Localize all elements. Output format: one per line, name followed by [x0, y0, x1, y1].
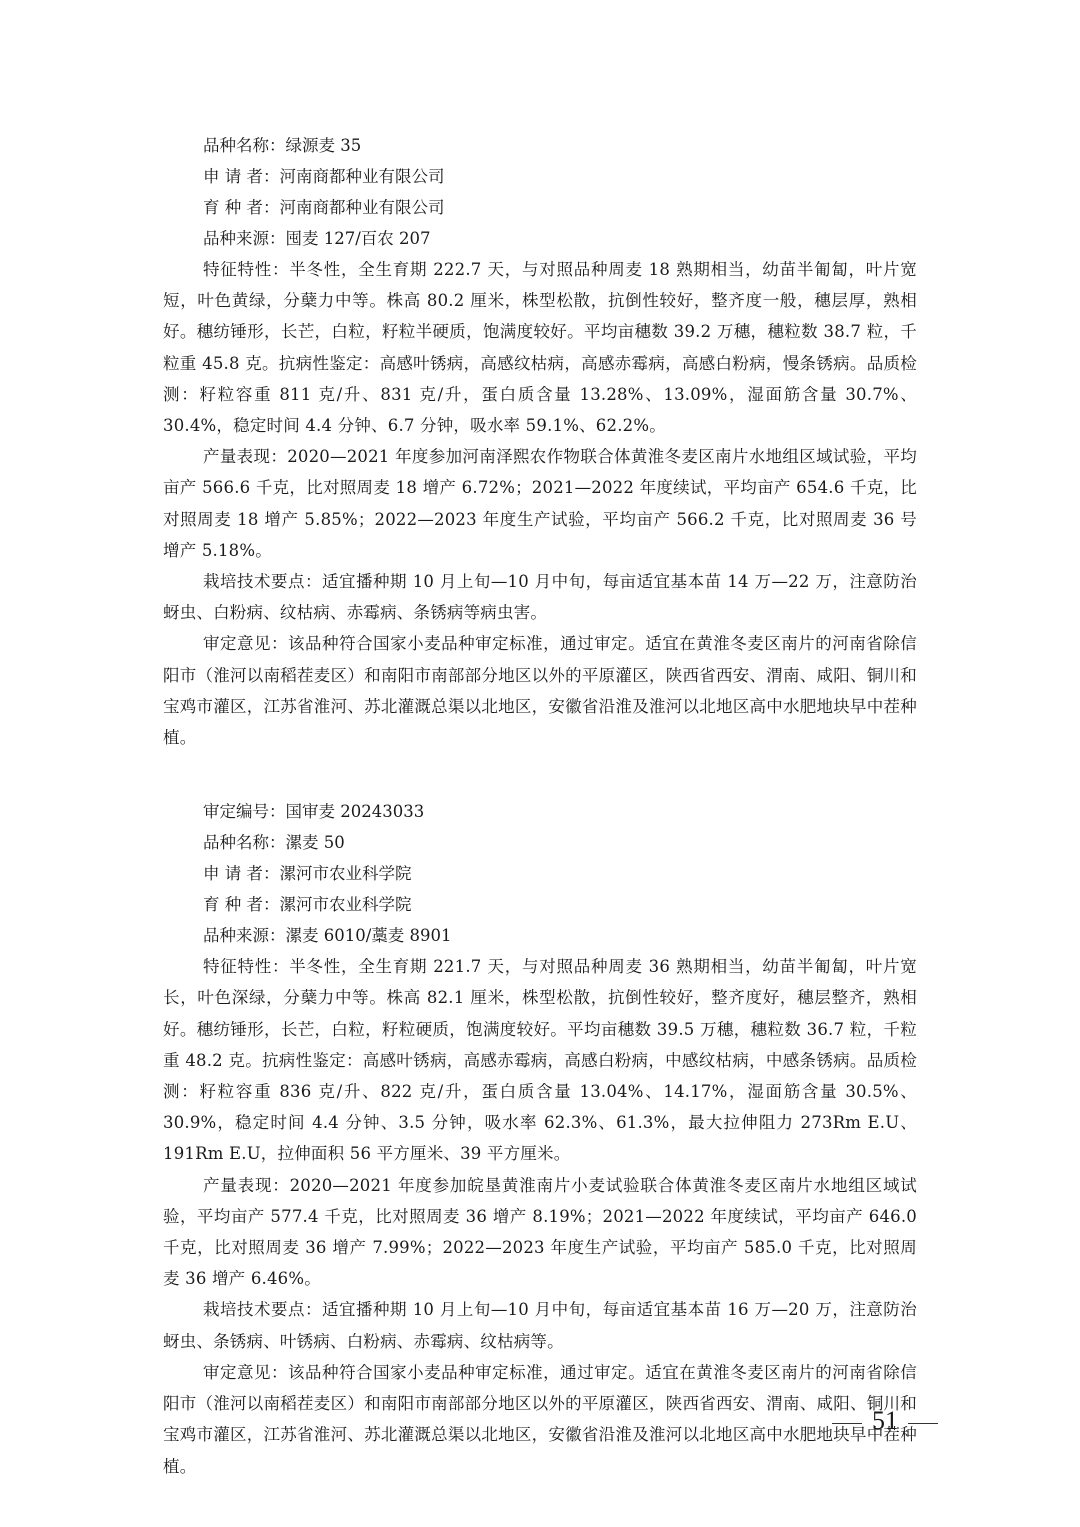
document-page: 品种名称：绿源麦 35 申 请 者：河南商都种业有限公司 育 种 者：河南商都种…	[163, 130, 917, 1482]
field-breeder: 育 种 者：河南商都种业有限公司	[163, 192, 917, 223]
paragraph-text: 半冬性，全生育期 222.7 天，与对照品种周麦 18 熟期相当，幼苗半匍匐，叶…	[163, 260, 917, 435]
paragraph-label: 栽培技术要点：	[203, 1300, 322, 1319]
field-label: 申 请 者：	[203, 167, 280, 186]
paragraph-cultivation-tips: 栽培技术要点：适宜播种期 10 月上旬—10 月中旬，每亩适宜基本苗 14 万—…	[163, 566, 917, 628]
field-label: 品种来源：	[203, 926, 286, 945]
field-value: 河南商都种业有限公司	[280, 198, 445, 217]
field-value: 囤麦 127/百农 207	[286, 229, 431, 248]
paragraph-approval-opinion: 审定意见：该品种符合国家小麦品种审定标准，通过审定。适宜在黄淮冬麦区南片的河南省…	[163, 628, 917, 753]
paragraph-label: 栽培技术要点：	[203, 572, 322, 591]
field-value: 漯麦 50	[286, 833, 345, 852]
variety-entry-luomai-50: 审定编号：国审麦 20243033 品种名称：漯麦 50 申 请 者：漯河市农业…	[163, 796, 917, 1481]
paragraph-label: 特征特性：	[203, 957, 289, 976]
paragraph-yield-performance: 产量表现：2020—2021 年度参加皖垦黄淮南片小麦试验联合体黄淮冬麦区南片水…	[163, 1170, 917, 1295]
field-label: 品种来源：	[203, 229, 286, 248]
paragraph-text: 半冬性，全生育期 221.7 天，与对照品种周麦 36 熟期相当，幼苗半匍匐，叶…	[163, 957, 917, 1163]
paragraph-characteristics: 特征特性：半冬性，全生育期 222.7 天，与对照品种周麦 18 熟期相当，幼苗…	[163, 254, 917, 441]
field-breeder: 育 种 者：漯河市农业科学院	[163, 889, 917, 920]
paragraph-label: 审定意见：	[203, 634, 288, 653]
field-value: 河南商都种业有限公司	[280, 167, 445, 186]
field-label: 申 请 者：	[203, 864, 280, 883]
field-label: 审定编号：	[203, 802, 286, 821]
paragraph-yield-performance: 产量表现：2020—2021 年度参加河南泽熙农作物联合体黄淮冬麦区南片水地组区…	[163, 441, 917, 566]
field-value: 绿源麦 35	[286, 136, 362, 155]
paragraph-label: 特征特性：	[203, 260, 289, 279]
dash-right	[908, 1423, 938, 1424]
field-label: 育 种 者：	[203, 895, 280, 914]
field-variety-source: 品种来源：漯麦 6010/藁麦 8901	[163, 920, 917, 951]
field-value: 漯麦 6010/藁麦 8901	[286, 926, 452, 945]
field-applicant: 申 请 者：河南商都种业有限公司	[163, 161, 917, 192]
paragraph-approval-opinion: 审定意见：该品种符合国家小麦品种审定标准，通过审定。适宜在黄淮冬麦区南片的河南省…	[163, 1357, 917, 1482]
field-value: 漯河市农业科学院	[280, 895, 412, 914]
paragraph-label: 产量表现：	[203, 1176, 290, 1195]
field-value: 漯河市农业科学院	[280, 864, 412, 883]
field-variety-source: 品种来源：囤麦 127/百农 207	[163, 223, 917, 254]
paragraph-label: 审定意见：	[203, 1363, 288, 1382]
paragraph-label: 产量表现：	[203, 447, 287, 466]
field-label: 育 种 者：	[203, 198, 280, 217]
field-label: 品种名称：	[203, 136, 286, 155]
field-variety-name: 品种名称：漯麦 50	[163, 827, 917, 858]
paragraph-characteristics: 特征特性：半冬性，全生育期 221.7 天，与对照品种周麦 36 熟期相当，幼苗…	[163, 951, 917, 1169]
variety-entry-lvyuanmai-35: 品种名称：绿源麦 35 申 请 者：河南商都种业有限公司 育 种 者：河南商都种…	[163, 130, 917, 753]
page-number-footer: 51	[822, 1406, 948, 1436]
field-value: 国审麦 20243033	[286, 802, 425, 821]
field-label: 品种名称：	[203, 833, 286, 852]
field-variety-name: 品种名称：绿源麦 35	[163, 130, 917, 161]
field-approval-number: 审定编号：国审麦 20243033	[163, 796, 917, 827]
paragraph-cultivation-tips: 栽培技术要点：适宜播种期 10 月上旬—10 月中旬，每亩适宜基本苗 16 万—…	[163, 1294, 917, 1356]
dash-left	[832, 1423, 862, 1424]
field-applicant: 申 请 者：漯河市农业科学院	[163, 858, 917, 889]
page-number: 51	[872, 1406, 898, 1435]
